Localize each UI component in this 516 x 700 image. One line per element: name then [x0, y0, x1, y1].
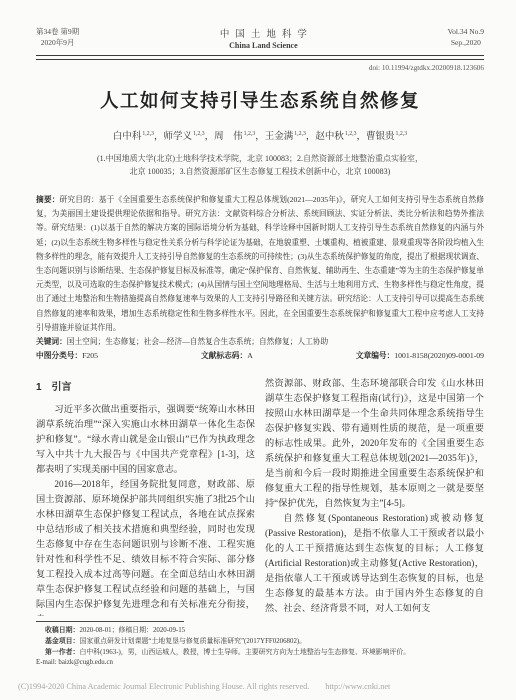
footnote-received-date: 收稿日期：2020-08-01；修稿日期：2020-09-15	[36, 626, 484, 637]
author: 王金满1,2,3，	[265, 132, 316, 142]
journal-header: 第34卷 第9期 2020年9月 中国土地科学 China Land Scien…	[36, 26, 484, 51]
copyright-line: (C)1994-2020 China Academic Journal Elec…	[18, 682, 390, 691]
doi-text: doi: 10.11994/zgtdkx.20200918.123606	[36, 64, 484, 72]
footnotes: 收稿日期：2020-08-01；修稿日期：2020-09-15 基金项目：国家重…	[36, 626, 484, 668]
author: 赵中秋1,2,3，	[315, 132, 366, 142]
author-affil-sup: 1,2,3	[345, 131, 357, 137]
affiliations: (1.中国地质大学(北京)土地科学技术学院，北京 100083；2.自然资源部土…	[36, 152, 484, 178]
body-paragraph: 自然修复(Spontaneous Restoration)或被动修复(Passi…	[265, 511, 484, 616]
clc-number: 中图分类号：F205	[36, 349, 98, 363]
article-title: 人工如何支持引导生态系统自然修复	[36, 87, 484, 113]
date-cn: 2020年9月	[36, 37, 79, 48]
paper-page: 第34卷 第9期 2020年9月 中国土地科学 China Land Scien…	[0, 0, 516, 700]
author-affil-sup: 1,2,3	[193, 131, 205, 137]
abstract-label: 摘要：	[36, 195, 60, 204]
abstract: 摘要：研究目的：基于《全国重要生态系统保护和修复重大工程总体规划(2021—20…	[36, 193, 484, 335]
author: 师学义1,2,3，	[164, 132, 215, 142]
header-volume-issue: 第34卷 第9期 2020年9月	[36, 26, 79, 48]
author-affil-sup: 1,2,3	[142, 131, 154, 137]
author-affil-sup: 1,2,3	[294, 131, 306, 137]
body-paragraph: 2016—2018年，经国务院批复同意，财政部、原国土资源部、原环境保护部共同组…	[36, 477, 255, 616]
author-affil-sup: 1,2,3	[244, 131, 256, 137]
header-divider	[36, 55, 484, 60]
affiliation-line: 北京 100035；3.自然资源部矿区生态修复工程技术创新中心，北京 10008…	[36, 165, 484, 178]
author-affil-sup: 1,2,3	[396, 131, 408, 137]
journal-title-cn: 中国土地科学	[214, 26, 313, 40]
right-column: 然资源部、财政部、生态环境部联合印发《山水林田湖草生态保护修复工程指南(试行)》…	[265, 376, 484, 616]
copyright-url: http://www.cnki.net	[325, 682, 390, 691]
section-heading: 1 引言	[36, 378, 255, 393]
date-en: Sep.,2020	[448, 37, 484, 48]
footnote-divider	[36, 621, 184, 622]
abstract-text: 研究目的：基于《全国重要生态系统保护和修复重大工程总体规划(2021—2035年…	[36, 195, 484, 332]
classification-row: 中图分类号：F205 文献标志码：A 文章编号：1001-8158(2020)0…	[36, 349, 484, 363]
footnote-email: E-mail: baizk@cugb.edu.cn	[36, 658, 484, 669]
keywords-text: 国土空间；生态修复；社会—经济—自然复合生态系统；自然修复；人工协助	[67, 337, 328, 346]
header-volume-en: Vol.34 No.9 Sep.,2020	[448, 26, 484, 48]
copyright-text: (C)1994-2020 China Academic Journal Elec…	[18, 682, 309, 691]
article-id: 文章编号：1001-8158(2020)09-0001-09	[356, 349, 484, 363]
author: 周 伟1,2,3，	[214, 132, 265, 142]
affiliation-line: (1.中国地质大学(北京)土地科学技术学院，北京 100083；2.自然资源部土…	[36, 152, 484, 165]
keywords: 关键词：国土空间；生态修复；社会—经济—自然复合生态系统；自然修复；人工协助	[36, 335, 484, 349]
keywords-label: 关键词：	[36, 337, 67, 346]
body-paragraph: 然资源部、财政部、生态环境部联合印发《山水林田湖草生态保护修复工程指南(试行)》…	[265, 376, 484, 511]
volume-issue-cn: 第34卷 第9期	[36, 26, 79, 37]
body-columns: 1 引言 习近平多次做出重要指示，强调要“统筹山水林田湖草系统治理”“深入实施山…	[36, 376, 484, 616]
left-column: 1 引言 习近平多次做出重要指示，强调要“统筹山水林田湖草系统治理”“深入实施山…	[36, 376, 255, 616]
author: 曹银贵1,2,3	[366, 132, 407, 142]
author-list: 白中科1,2,3，师学义1,2,3，周 伟1,2,3，王金满1,2,3，赵中秋1…	[36, 128, 484, 142]
body-paragraph: 习近平多次做出重要指示，强调要“统筹山水林田湖草系统治理”“深入实施山水林田湖草…	[36, 402, 255, 477]
footnote-first-author: 第一作者：白中科(1963-)，男，山西运城人，教授，博士生导师。主要研究方向为…	[36, 648, 484, 659]
journal-title-en: China Land Science	[214, 40, 313, 51]
document-code: 文献标志码：A	[201, 349, 253, 363]
volume-issue-en: Vol.34 No.9	[448, 26, 484, 37]
journal-title: 中国土地科学 China Land Science	[214, 26, 313, 51]
author: 白中科1,2,3，	[113, 132, 164, 142]
footnote-fund-project: 基金项目：国家重点研发计划课题“土地复垦与修复质量标准研究”(2017YFF02…	[36, 637, 484, 648]
